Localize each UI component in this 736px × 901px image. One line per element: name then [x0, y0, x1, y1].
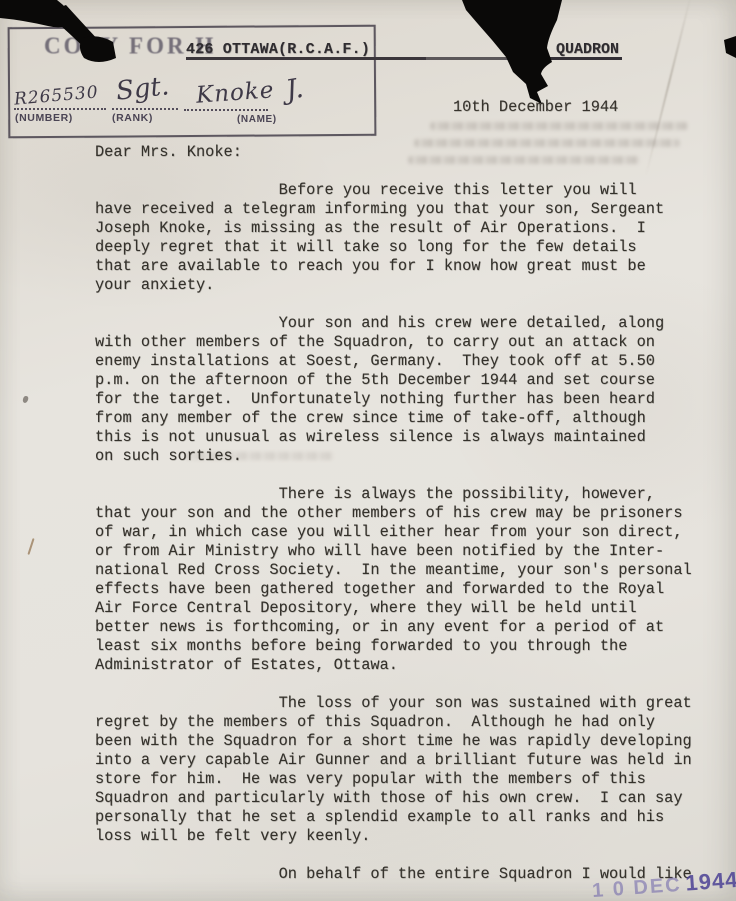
squadron-fragment: QUADRON	[556, 41, 619, 58]
dotted-underline-name	[184, 109, 268, 111]
rank-handwritten: Sgt.	[115, 71, 171, 106]
ink-blot-top-left-corner	[0, 0, 76, 27]
margin-ink-speck	[22, 395, 29, 403]
received-stamp-year: 1944	[685, 867, 736, 896]
salutation: Dear Mrs. Knoke:	[95, 143, 723, 162]
bleedthrough-smudge	[430, 122, 688, 130]
rank-label: (RANK)	[112, 112, 153, 124]
letter-body: Dear Mrs. Knoke: Before you receive this…	[95, 143, 723, 901]
ink-blot-top-right	[462, 0, 562, 104]
number-label: (NUMBER)	[15, 112, 73, 124]
letter-paragraph-3: There is always the possibility, however…	[95, 485, 723, 675]
dotted-underline-rank	[112, 108, 178, 110]
margin-scratch-mark	[27, 538, 34, 555]
ink-blot-right-edge	[724, 36, 736, 58]
received-stamp-day-month: 1 0 DEC	[591, 874, 682, 901]
unit-address-line: 426 OTTAWA(R.C.A.F.)	[186, 41, 370, 58]
letter-paragraph-2: Your son and his crew were detailed, alo…	[95, 314, 723, 466]
letter-date: 10th December 1944	[453, 98, 618, 117]
letter-paragraph-1: Before you receive this letter you will …	[95, 181, 723, 295]
letter-paragraph-4: The loss of your son was sustained with …	[95, 694, 723, 846]
name-label: (NAME)	[237, 114, 277, 126]
letter-page: COPY FOR H 426 OTTAWA(R.C.A.F.) QUADRON …	[0, 0, 736, 901]
surname-handwritten: Knoke	[195, 77, 275, 108]
